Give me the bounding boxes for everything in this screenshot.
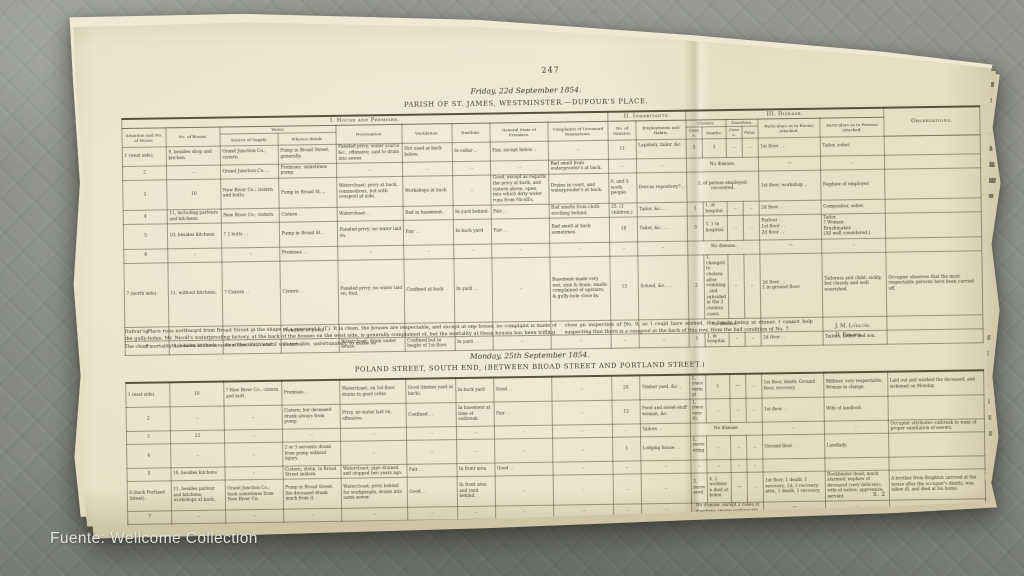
table-cell: Confined . . xyxy=(406,403,456,428)
table-cell: Fair . . xyxy=(407,464,457,478)
table-cell xyxy=(888,395,984,420)
page-content: 247 Friday, 22d September 1854. PARISH O… xyxy=(54,13,1003,535)
table-cell: .. xyxy=(613,474,641,504)
table-cell: Tailor, &c. . . xyxy=(637,202,687,217)
table-cell: .. xyxy=(747,472,763,502)
table-cell: .. xyxy=(707,460,731,473)
table-cell: Pump in Broad Street, the deceased drank… xyxy=(283,479,341,509)
table-cell: Cistern . . xyxy=(280,260,339,325)
table-cell: 1st floor . . . xyxy=(758,137,820,157)
table-cell: Ground floor . . xyxy=(763,434,825,459)
table-cell: .. xyxy=(282,428,340,442)
table-cell: 4 xyxy=(127,444,171,469)
table-cell: Paneled privy; no water laid on. xyxy=(337,220,403,246)
table-cell: .. xyxy=(727,201,743,215)
table-cell: 6 (back Portland Street). xyxy=(127,481,171,511)
table-cell: — xyxy=(731,473,747,503)
table-cell: .. xyxy=(726,138,742,157)
table-cell: .. xyxy=(495,438,553,463)
table-cell: .. xyxy=(553,461,613,475)
table-cell: .. xyxy=(707,436,731,460)
table-cell: 1, recovering. xyxy=(691,436,707,460)
table-cell: Good, except as regards the privy at bac… xyxy=(491,174,549,205)
table-cell: — xyxy=(758,156,820,171)
table-cell: Bad smells from cloth-stocking behind. xyxy=(549,203,609,218)
table-cell: .. xyxy=(492,243,550,258)
table-cell: Cistern . . xyxy=(279,207,337,222)
table-cell: Watercloset; pipe drained and stopped tw… xyxy=(341,465,407,479)
table-cell: 20 xyxy=(612,375,640,400)
table-cell: .. xyxy=(613,461,641,474)
column-header: Whence drank. xyxy=(278,132,336,145)
table-cell: 9, besides shop and kitchen. xyxy=(166,146,220,166)
table-cell: .. xyxy=(553,475,613,505)
table-cell: 12 xyxy=(612,400,640,424)
table-cell: Premises . . xyxy=(280,246,338,261)
document-page: 247 Friday, 22d September 1854. PARISH O… xyxy=(58,20,1000,528)
table-cell: 1 xyxy=(708,526,732,537)
table-cell: 1 xyxy=(706,374,730,399)
table-cell: In basement at time of outbreak. xyxy=(456,402,494,427)
table-cell: .. xyxy=(407,440,457,465)
table-cell: Grand Junction Co.; cistern. xyxy=(220,145,278,165)
table-cell: .. xyxy=(610,242,638,256)
table-cell: .. xyxy=(284,532,342,544)
table-cell: 7 xyxy=(128,511,172,525)
table-cell: Good (timber yard at back). xyxy=(406,378,456,403)
table-cell: In yard behind. xyxy=(453,205,491,220)
table-cell: .. xyxy=(638,241,688,256)
column-header: Cases. xyxy=(726,126,742,138)
table-cell: .. xyxy=(820,155,884,170)
table-cell: 1 xyxy=(613,437,641,461)
table-cell: .. xyxy=(171,443,225,468)
table-cell: .. xyxy=(641,473,691,503)
table-cell: Laid out and washed the deceased, and si… xyxy=(888,370,984,396)
table-cell: New River Co.; cistern. xyxy=(221,208,279,223)
column-header: Situation and No. of House. xyxy=(122,127,166,147)
table-cell: 1 xyxy=(702,138,726,157)
table-cell xyxy=(884,154,980,169)
table-cell xyxy=(886,236,982,251)
table-cell: A brother from Brighton (arrived at the … xyxy=(889,469,985,500)
table-cell: 2 xyxy=(126,407,170,432)
table-cell: .. xyxy=(552,424,612,438)
table-cell: 10, besides kitchens xyxy=(171,467,225,481)
table-cell: .. xyxy=(550,242,610,257)
table-cell: .. xyxy=(731,460,747,473)
table-cell: 10 xyxy=(170,382,224,407)
table-cell: 1st floor, workshop .. xyxy=(759,170,821,201)
table-cell: .. xyxy=(406,427,456,441)
table-cell: .. xyxy=(548,140,608,160)
table-cell xyxy=(763,458,825,472)
table-cell: ? Cistern . . xyxy=(222,261,281,326)
table-cell: Premises . . xyxy=(282,380,340,405)
column-header: No. of Rooms. xyxy=(166,127,220,147)
table-cell: .. xyxy=(225,466,283,480)
table-cell: .. xyxy=(341,440,407,465)
column-header: General State of Premises. xyxy=(490,122,548,142)
table-cell: Pump in Broad Street, generally. xyxy=(278,144,336,164)
column-header: Cases. xyxy=(686,127,702,139)
document-photo: 247 Friday, 22d September 1854. PARISH O… xyxy=(58,20,1000,528)
table-cell: .. xyxy=(336,162,402,177)
table-cell: Drains in court, and waterproofer's at b… xyxy=(549,173,609,204)
table-cell: 11, including parlours and kitchens. xyxy=(167,209,221,224)
table-cell: 1 (west side). xyxy=(122,147,166,167)
table-cell: .. xyxy=(457,439,495,464)
table-cell: .. xyxy=(452,161,490,176)
table-cell xyxy=(825,457,889,471)
table-cell xyxy=(890,523,986,535)
table-cell: 1, (recovered). xyxy=(690,399,706,423)
table-cell: .. xyxy=(824,420,888,434)
inspector-signatures: J. M. Ludlow. D. Fraser. xyxy=(821,317,940,341)
table-cell: 1st floor, death; Ground floor, recovery… xyxy=(762,373,824,398)
page-number: 247 xyxy=(55,59,997,82)
table-cell: .. xyxy=(743,201,759,215)
table-cell: .. xyxy=(748,526,764,537)
table-cell: Pump in Broad St. .. xyxy=(279,177,337,208)
table-cell: Cistern; but deceased drank always from … xyxy=(282,404,340,429)
table-cell: 10 xyxy=(167,179,221,210)
table-cell: .. xyxy=(226,509,284,523)
table-cell: Tailor, &c. . . xyxy=(637,216,687,241)
table-cell: In front area and yard behind. xyxy=(457,476,495,506)
table-cell: 5 xyxy=(123,224,167,249)
photo-background: 247 Friday, 22d September 1854. PARISH O… xyxy=(0,0,1024,576)
table-cell: .. xyxy=(552,400,612,425)
table-cell: Fair . . xyxy=(491,218,549,243)
table-cell: 1, at hospital. xyxy=(703,202,727,216)
column-header: Necessaries. xyxy=(336,124,402,144)
table-cell: .. xyxy=(731,435,747,459)
table-cell: 4 xyxy=(123,210,167,225)
table-cell: Bad smell at back sometimes. xyxy=(549,217,609,242)
table-cell: Dorcas repository? .. xyxy=(637,172,687,203)
table-cell: 11, without kitchens. xyxy=(168,262,223,327)
table-cell: Wife of landlord. xyxy=(824,396,888,421)
table-cell: .. xyxy=(402,161,452,176)
table-cell xyxy=(884,135,980,155)
table-cell: Good . . xyxy=(407,477,457,507)
table-cell: Occupier observes that the most respecta… xyxy=(886,250,983,315)
table-cell: .. xyxy=(732,526,748,537)
table-cell: .. xyxy=(495,475,553,505)
table-cell: .. xyxy=(691,460,707,473)
table-cell xyxy=(885,212,981,238)
table-cell: 3, recovered. xyxy=(691,473,707,503)
table-cell: .. xyxy=(224,405,282,430)
table-cell: .. xyxy=(822,238,886,253)
table-cell: .. xyxy=(496,529,554,541)
table-cell: 2 xyxy=(688,255,705,319)
table-cell: ? 2 butts . . xyxy=(221,222,279,247)
table-cell: Tailoress and child; sickly, but cleanly… xyxy=(822,252,887,317)
table-cell: Tailor. ? Woman. Brushmaker. (All well c… xyxy=(821,213,885,239)
table-cell: In cellar .. xyxy=(452,142,490,161)
table-cell: .. xyxy=(170,406,224,431)
table-cell: Confined at back xyxy=(404,258,455,323)
table-cell: .. xyxy=(225,442,283,467)
table-cell: Good . . xyxy=(495,462,553,476)
table-cell xyxy=(889,432,985,457)
table-cell: .. xyxy=(553,437,613,462)
table-cell: 12 xyxy=(170,430,224,444)
table-cell: Fair . . xyxy=(491,204,549,219)
table-cell: .. xyxy=(728,254,745,318)
column-header: Particulars as to Persons attacked. xyxy=(820,117,884,137)
table-cell: Watercloset; privy behind for workpeople… xyxy=(341,478,407,509)
table-cell: 25, (1 children.) xyxy=(609,203,637,217)
table-cell: Cistern; stone, in Broad Street seldom. xyxy=(283,466,341,480)
table-cell: Fair . . xyxy=(494,401,552,426)
table-cell: .. xyxy=(744,254,761,318)
table-cell: Privy, no water laid on, offensive. xyxy=(340,403,406,428)
column-header: Complaints of Untoward Emanations. xyxy=(548,121,608,141)
table-cell: 1 xyxy=(692,527,708,538)
table-cell: ? New River Co.; cistern and butt. xyxy=(224,381,282,406)
table-cell: Tailors . . xyxy=(640,423,690,437)
table-cell: Premises; sometimes pump. xyxy=(278,163,336,178)
table-cell: School, &c. . . xyxy=(638,255,689,320)
table-cell: — xyxy=(760,239,822,254)
table-cell: — xyxy=(730,374,746,399)
table-cell: Nephew of employer. xyxy=(821,169,886,200)
table-cell: .. xyxy=(642,527,692,539)
table-cell: .. xyxy=(747,435,763,459)
table-cell: 3 xyxy=(123,180,167,211)
table-cell: 1st floor . . xyxy=(762,397,824,422)
table-cell: 1 xyxy=(687,202,703,216)
table-cell: No disease. xyxy=(690,422,762,436)
column-header: Source of Supply. xyxy=(220,133,278,146)
table-cell: .. xyxy=(746,374,762,399)
table-cell: .. xyxy=(338,245,404,260)
table-cell: No disease. xyxy=(688,240,760,255)
table-cell: 2 xyxy=(122,166,166,181)
table-cell: .. xyxy=(453,175,491,206)
column-header: Observations. xyxy=(884,106,980,136)
table-cell: 13 xyxy=(610,256,639,320)
table-cell: 3 xyxy=(126,431,170,445)
table-cell: Grand Junction Co. .. xyxy=(220,164,278,179)
table-cell: .. xyxy=(168,248,222,263)
table-cell: .. xyxy=(727,215,743,240)
table-cell: 2d floor . . 1 in ground floor. xyxy=(760,253,823,318)
table-cell: .. xyxy=(636,158,686,173)
table-cell: Lodging house . . xyxy=(641,436,691,461)
table-cell: Fair . . xyxy=(403,220,453,245)
column-header: Ventilation. xyxy=(402,123,452,143)
table-cell: Paneled privy; water scarce &c., offensi… xyxy=(336,143,402,163)
table-cell: .. xyxy=(608,159,636,173)
table-cell: .. xyxy=(612,424,640,437)
table-cell: .. xyxy=(490,160,548,175)
table-cell: .. xyxy=(552,376,612,401)
table-cell: .. xyxy=(641,460,691,474)
table-cell: Watercloset, on 1st floor, drains in goo… xyxy=(340,379,406,405)
table-cell: 2 or 3 servants drank from pump without … xyxy=(283,441,341,466)
column-header: Particulars as to Rooms attacked. xyxy=(758,118,820,138)
column-header: No. of Inmates. xyxy=(608,121,636,141)
table-cell: .. xyxy=(458,506,496,520)
table-cell: 1st floor, 1 death, 1 recovery; 2d, 1 re… xyxy=(763,471,825,501)
table-cell: Watercloset . . xyxy=(337,206,403,221)
table-cell: .. xyxy=(224,429,282,443)
table-cell: .. xyxy=(166,165,220,180)
table-cell xyxy=(885,168,981,200)
table-cell: .. xyxy=(747,459,763,472)
table-cell xyxy=(885,198,981,213)
table-cell: .. xyxy=(456,426,494,440)
table-cell: .. xyxy=(172,510,226,524)
table-cell: .. xyxy=(284,508,342,522)
table-cell: Parlour . . 1st floor . . 2d floor . . xyxy=(759,214,821,239)
table-cell: .. xyxy=(492,257,551,322)
table-cell: Good . . xyxy=(494,377,552,402)
table-cell: Watercloset; privy at back, commodious, … xyxy=(337,176,403,207)
table-cell: Compositor, sober. xyxy=(821,199,885,214)
table-cell: 2d floor . . xyxy=(759,200,821,215)
column-header: Employments and Habits. xyxy=(636,120,686,140)
table-cell: .. xyxy=(342,507,408,521)
table-cell: Paneled privy; no water laid on; foul. xyxy=(338,259,405,324)
table-cell: Pump in Broad St. . xyxy=(279,221,337,246)
table-cell: 1 (east side). xyxy=(126,382,170,407)
table-cell: .. xyxy=(458,530,496,542)
table-cell: Not used at back below. xyxy=(402,143,452,163)
table-cell: 4, 2 workmen died at home. xyxy=(707,473,731,503)
table-cell: .. xyxy=(342,531,408,543)
table-cell: 9, and 5 work-people. xyxy=(609,173,637,204)
table-cell: Basement made very wet, sink & drain; sm… xyxy=(550,256,611,321)
table-cell: 1st floor . . xyxy=(764,525,826,537)
table-cell: 10, besides kitchens. xyxy=(167,223,221,248)
table-cell: .. xyxy=(494,425,552,439)
table-cell: .. xyxy=(408,530,458,542)
table-cell: In yard . . xyxy=(454,258,493,323)
table-cell: Food and sweet-stuff woman, &c. xyxy=(640,399,690,424)
table-cell: Lapidary, tailor, &c. .. xyxy=(636,139,686,159)
table-cell: .. xyxy=(408,506,458,520)
column-header: Dustbins. xyxy=(452,123,490,143)
table-cell: .. xyxy=(404,244,454,259)
table-cell: Landlady. xyxy=(825,433,889,458)
table-cell: 11 xyxy=(608,140,636,159)
table-cell: 3, 1 in hospital. xyxy=(703,216,727,241)
table-cell: 18 xyxy=(609,217,637,242)
table-cell: 7 (north side). xyxy=(124,262,169,327)
table-cell xyxy=(890,512,986,524)
table-cell: Timber yard, &c. . xyxy=(640,375,690,400)
table-cell: 1 xyxy=(686,139,702,158)
table-cell: 1, changed to cholera after vomiting, an… xyxy=(704,254,729,318)
table-cell: .. xyxy=(340,427,406,441)
column-header: Deaths. xyxy=(702,126,726,139)
table-cell: In back yard xyxy=(456,378,494,403)
table-cell: .. xyxy=(762,421,824,435)
table-cell: .. xyxy=(554,528,614,540)
table-cell: Tailor's wife. xyxy=(826,524,890,536)
sheet-mark: S. 2 xyxy=(873,492,886,498)
table-cell: Bad smell from waterproofer's at back. xyxy=(548,159,608,174)
table-cell: .. xyxy=(222,247,280,262)
table-cell: 5 xyxy=(127,468,171,482)
table-cell: In back yard xyxy=(453,219,491,244)
table-cell: 3 xyxy=(687,216,703,241)
table-cell: No disease. xyxy=(686,157,758,172)
table-cell: 1, (recovering) xyxy=(690,374,706,399)
signature: D. Fraser. xyxy=(835,330,939,340)
table-cell: .. xyxy=(706,399,730,423)
table-cell: .. xyxy=(742,138,758,157)
table-cell: Fair, except below .. xyxy=(490,141,548,161)
table-cell: .. xyxy=(614,528,642,539)
table-cell: Bad in basement. xyxy=(403,206,453,221)
table-cell: Tailor, sober. xyxy=(820,136,884,156)
column-header: Fatal. xyxy=(742,126,758,138)
table-cell: Grand Junction Co.; back sometimes from … xyxy=(225,479,283,509)
table-cell: Milliner, very respectable; Woman in cha… xyxy=(824,372,888,398)
table-cell: 6 xyxy=(124,248,168,263)
table-cell: Workshops at back xyxy=(403,175,453,206)
table-cell: .. xyxy=(746,398,762,422)
table-cell: .. xyxy=(454,244,492,259)
table-cell: .. xyxy=(743,215,759,240)
table-cell: New River Co.; cistern and butts. xyxy=(221,178,279,209)
table-cell: 1, of person employed; recovered. xyxy=(687,171,759,202)
table-cell: .. xyxy=(730,398,746,422)
note-right-column: close an inspection of No. 9, as I could… xyxy=(565,319,814,345)
table-cell: 11, besides parlour and kitchens; worksh… xyxy=(171,480,225,510)
source-caption: Fuente: Wellcome Collection xyxy=(50,530,258,548)
table-cell: In front area xyxy=(457,463,495,477)
